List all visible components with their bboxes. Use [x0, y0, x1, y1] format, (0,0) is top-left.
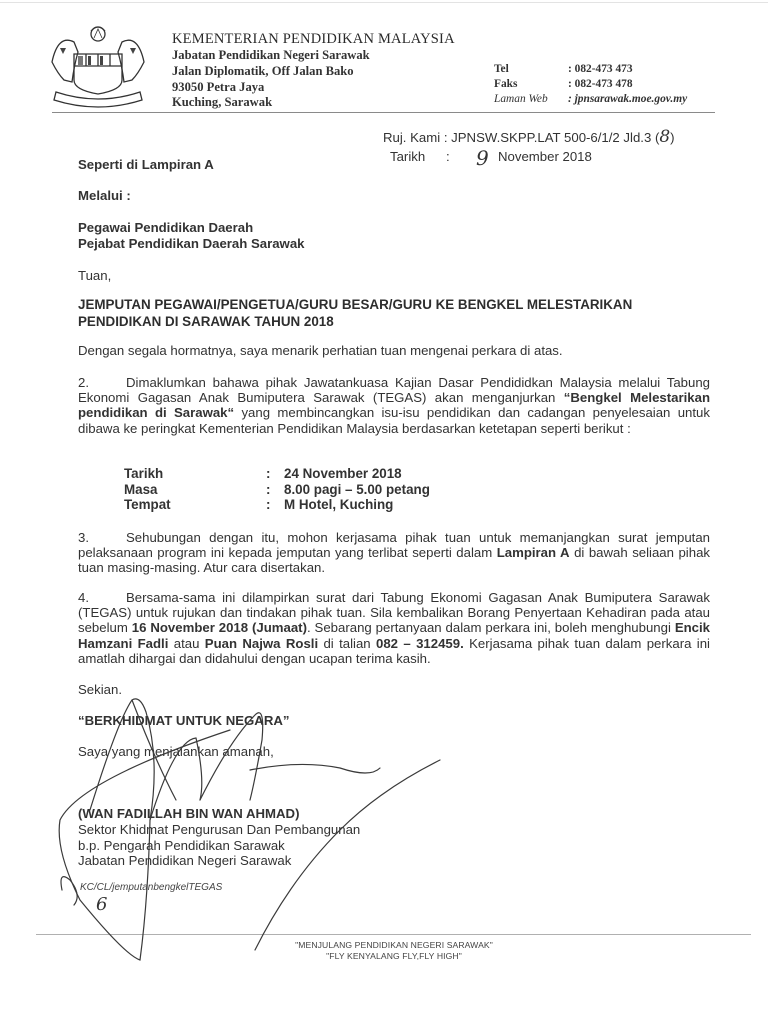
contact-tel: Tel: 082-473 473 — [494, 63, 633, 75]
detail-label: Tempat — [124, 497, 266, 513]
subject-line-1: JEMPUTAN PEGAWAI/PENGETUA/GURU BESAR/GUR… — [78, 296, 632, 313]
ministry-name: KEMENTERIAN PENDIDIKAN MALAYSIA — [172, 31, 455, 48]
paragraph-4: 4.Bersama-sama ini dilampirkan surat dar… — [78, 590, 710, 666]
letter-subject: JEMPUTAN PEGAWAI/PENGETUA/GURU BESAR/GUR… — [78, 296, 632, 330]
contact-label: Laman Web — [494, 93, 568, 105]
event-details: Tarikh:24 November 2018 Masa:8.00 pagi –… — [124, 466, 430, 513]
detail-value: M Hotel, Kuching — [284, 497, 393, 513]
contact-website: Laman Web: jpnsarawak.moe.gov.my — [494, 93, 687, 105]
detail-label: Tarikh — [124, 466, 266, 482]
detail-value: 8.00 pagi – 5.00 petang — [284, 482, 430, 498]
handwritten-initials: 6 — [96, 894, 107, 915]
contact-phone: 082 – 312459. — [376, 636, 464, 651]
signatory-position-2: b.p. Pengarah Pendidikan Sarawak — [78, 838, 285, 853]
paragraph-text: . Sebarang pertanyaan dalam perkara ini,… — [307, 620, 675, 635]
paragraph-3: 3.Sehubungan dengan itu, mohon kerjasama… — [78, 530, 710, 576]
via-label: Melalui : — [78, 188, 131, 203]
closing-motto: “BERKHIDMAT UNTUK NEGARA” — [78, 713, 289, 728]
salutation: Tuan, — [78, 268, 111, 283]
contact-value: : 082-473 473 — [568, 63, 633, 75]
paragraph-number: 3. — [78, 530, 126, 545]
recipient-to: Seperti di Lampiran A — [78, 157, 214, 172]
paragraph-text: di talian — [318, 636, 376, 651]
paragraph-number: 2. — [78, 375, 126, 390]
paragraph-number: 4. — [78, 590, 126, 605]
signatory-position-3: Jabatan Pendidikan Negeri Sarawak — [78, 853, 291, 868]
tarikh-label: Tarikh — [390, 149, 446, 164]
closing-amanah: Saya yang menjalankan amanah, — [78, 744, 274, 759]
detail-row-venue: Tempat:M Hotel, Kuching — [124, 497, 430, 513]
signatory-name: (WAN FADILLAH BIN WAN AHMAD) — [78, 806, 299, 821]
subject-line-2: PENDIDIKAN DI SARAWAK TAHUN 2018 — [78, 313, 632, 330]
department-name: Jabatan Pendidikan Negeri Sarawak — [172, 48, 370, 63]
paragraph-2: 2.Dimaklumkan bahawa pihak Jawatankuasa … — [78, 375, 710, 436]
detail-row-time: Masa:8.00 pagi – 5.00 petang — [124, 482, 430, 498]
detail-sep: : — [266, 497, 284, 513]
contact-value: : jpnsarawak.moe.gov.my — [568, 93, 687, 105]
detail-sep: : — [266, 466, 284, 482]
contact-value: : 082-473 478 — [568, 78, 633, 90]
address-line-2: 93050 Petra Jaya — [172, 80, 264, 95]
address-line-1: Jalan Diplomatik, Off Jalan Bako — [172, 64, 354, 79]
deadline: 16 November 2018 (Jumaat) — [132, 620, 307, 635]
tarikh-rest: November 2018 — [498, 149, 592, 164]
footer-motto-2: "FLY KENYALANG FLY,FLY HIGH" — [10, 951, 768, 961]
footer-motto-1: "MENJULANG PENDIDIKAN NEGERI SARAWAK" — [10, 940, 768, 950]
paragraph-text: atau — [168, 636, 204, 651]
tarikh-colon: : — [446, 149, 476, 164]
opening-paragraph: Dengan segala hormatnya, saya menarik pe… — [78, 343, 563, 358]
reference-date: Tarikh:9November 2018 — [390, 142, 592, 166]
via-line-1: Pegawai Pendidikan Daerah — [78, 220, 253, 235]
attachment-ref: Lampiran A — [497, 545, 570, 560]
closing-sekian: Sekian. — [78, 682, 122, 697]
contact-label: Tel — [494, 63, 568, 75]
via-line-2: Pejabat Pendidikan Daerah Sarawak — [78, 236, 305, 251]
detail-row-date: Tarikh:24 November 2018 — [124, 466, 430, 482]
contact-fax: Faks: 082-473 478 — [494, 78, 633, 90]
malaysia-coat-of-arms-icon — [42, 22, 154, 110]
letterhead-divider — [52, 112, 715, 113]
file-reference: KC/CL/jemputanbengkelTEGAS — [80, 882, 222, 893]
detail-value: 24 November 2018 — [284, 466, 402, 482]
ruj-handwritten: 8 — [659, 127, 670, 147]
address-line-3: Kuching, Sarawak — [172, 95, 272, 110]
scan-edge — [0, 2, 768, 3]
detail-sep: : — [266, 482, 284, 498]
tarikh-day-handwritten: 9 — [476, 146, 498, 170]
contact-label: Faks — [494, 78, 568, 90]
ruj-close: ) — [670, 130, 674, 145]
contact-person-2: Puan Najwa Rosli — [205, 636, 318, 651]
signatory-position-1: Sektor Khidmat Pengurusan Dan Pembanguna… — [78, 822, 360, 837]
footer-divider — [36, 934, 751, 935]
detail-label: Masa — [124, 482, 266, 498]
